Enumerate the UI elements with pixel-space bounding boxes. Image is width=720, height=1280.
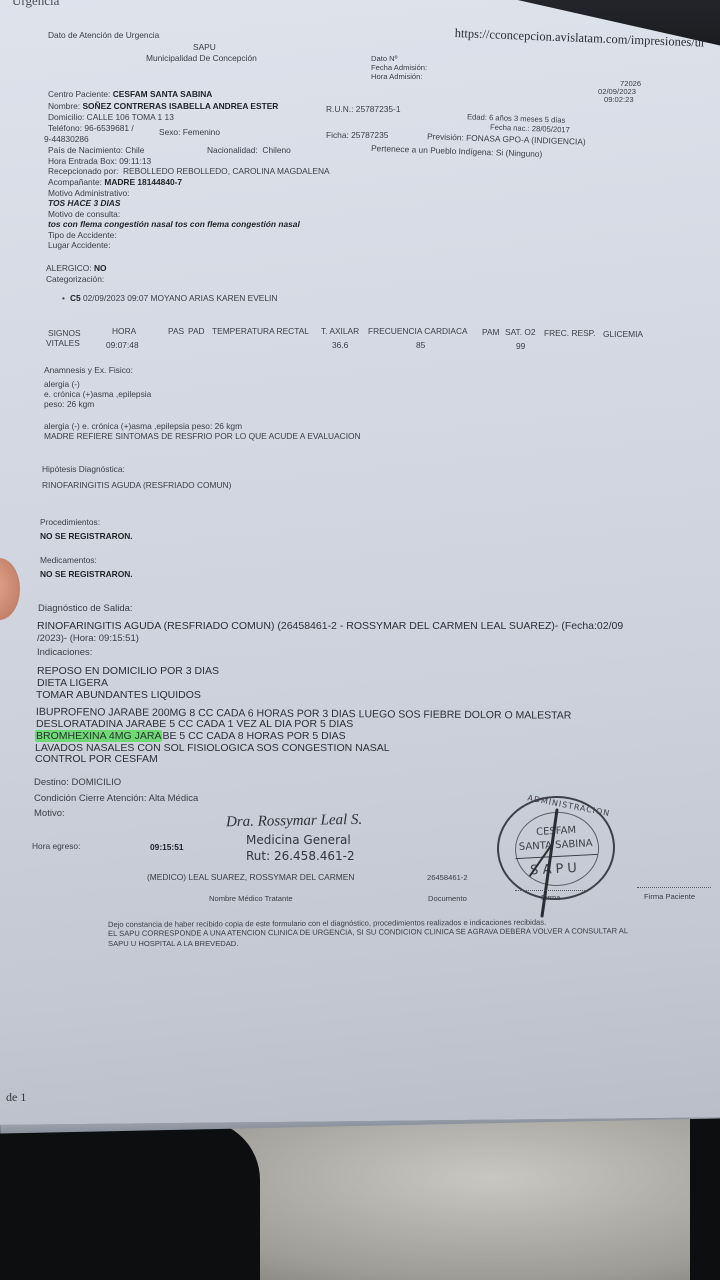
telefono: Teléfono: 96-6539681 / bbox=[48, 124, 134, 134]
ficha-value: 25787235 bbox=[351, 130, 388, 140]
background-sleeve-right bbox=[690, 1100, 720, 1280]
firma-label: Firma bbox=[541, 894, 560, 903]
hora-admision-label: Hora Admisión: bbox=[371, 73, 423, 82]
vitals-col-glicemia: GLICEMIA bbox=[603, 330, 643, 340]
recepcionado-por: Recepcionado por: REBOLLEDO REBOLLEDO, C… bbox=[48, 167, 330, 177]
telefono-value-2: 9-44830286 bbox=[44, 135, 89, 145]
condicion-value: Alta Médica bbox=[149, 793, 199, 804]
vitals-col-pam: PAM bbox=[482, 328, 500, 338]
indicacion-item: REPOSO EN DOMICILIO POR 3 DIAS bbox=[37, 665, 219, 677]
vitals-col-pad: PAD bbox=[188, 327, 205, 337]
documento-label: Documento bbox=[428, 895, 467, 904]
lugar-accidente-label: Lugar Accidente: bbox=[48, 241, 110, 251]
fecha-nac-value: 28/05/2017 bbox=[532, 124, 570, 134]
run-value: 25787235-1 bbox=[356, 104, 401, 114]
doctor-stamp-specialty: Medicina General bbox=[246, 834, 351, 848]
categorizacion-code: C5 bbox=[70, 293, 81, 303]
condicion-cierre: Condición Cierre Atención: Alta Médica bbox=[34, 794, 198, 805]
background-sleeve bbox=[0, 1120, 260, 1280]
hora-admision-value: 09:02:23 bbox=[604, 96, 634, 105]
vitals-sat-o2-value: 99 bbox=[516, 342, 525, 352]
firma-paciente-label: Firma Paciente bbox=[644, 893, 695, 902]
emergency-care-document: Urgencia https://cconcepcion.avislatam.c… bbox=[0, 0, 720, 1120]
indicaciones-label: Indicaciones: bbox=[37, 648, 92, 659]
anamnesis-label: Anamnesis y Ex. Fisico: bbox=[44, 366, 133, 376]
hora-egreso-label: Hora egreso: bbox=[32, 842, 80, 852]
doctor-stamp-name: Dra. Rossymar Leal S. bbox=[226, 812, 363, 832]
indicacion-item: CONTROL POR CESFAM bbox=[35, 753, 158, 765]
vitals-col-t-axilar: T. AXILAR bbox=[321, 327, 359, 337]
print-url: https://cconcepcion.avislatam.com/impres… bbox=[454, 26, 705, 50]
documento-value: 26458461-2 bbox=[427, 874, 468, 883]
page-count: de 1 bbox=[6, 1091, 26, 1105]
medico-label: Nombre Médico Tratante bbox=[209, 895, 293, 904]
domicilio: Domicilio: CALLE 106 TOMA 1 13 bbox=[48, 113, 174, 123]
medicamentos-value: NO SE REGISTRARON. bbox=[40, 570, 133, 580]
vitals-frec-cardiaca-value: 85 bbox=[416, 341, 425, 351]
nombre-value: SOÑEZ CONTRERAS ISABELLA ANDREA ESTER bbox=[82, 101, 278, 111]
org-municipality: Municipalidad De Concepción bbox=[146, 54, 257, 64]
destino: Destino: DOMICILIO bbox=[34, 778, 121, 789]
vitals-t-axilar-value: 36.6 bbox=[332, 341, 348, 351]
hora-box-value: 09:11:13 bbox=[119, 156, 151, 166]
firma-paciente-line bbox=[637, 887, 711, 888]
vitals-hora-value: 09:07:48 bbox=[106, 341, 139, 351]
footer-line-2: EL SAPU CORRESPONDE A UNA ATENCION CLINI… bbox=[108, 927, 628, 938]
pueblo-value: Si (Ninguno) bbox=[496, 147, 543, 159]
form-title: Dato de Atención de Urgencia bbox=[48, 31, 159, 41]
vitals-col-sat-o2: SAT. O2 bbox=[505, 328, 536, 338]
alergico-value: NO bbox=[94, 263, 107, 273]
categorizacion-label: Categorización: bbox=[46, 275, 104, 285]
indicacion-item: DIETA LIGERA bbox=[37, 677, 108, 689]
ficha: Ficha: 25787235 bbox=[326, 131, 388, 141]
highlighter-mark: BROMHEXINA 4MG JARA bbox=[35, 730, 162, 742]
salida-line-2: /2023)- (Hora: 09:15:51) bbox=[37, 634, 139, 645]
firma-line bbox=[515, 890, 585, 891]
hora-egreso-value: 09:15:51 bbox=[150, 843, 184, 853]
procedimientos-label: Procedimientos: bbox=[40, 518, 100, 528]
pais-nacimiento: País de Nacimiento: Chile bbox=[48, 146, 144, 156]
centro-paciente: Centro Paciente: CESFAM SANTA SABINA bbox=[48, 90, 212, 100]
centro-value: CESFAM SANTA SABINA bbox=[113, 89, 213, 99]
motivo-administrativo-value: TOS HACE 3 DIAS bbox=[48, 199, 120, 209]
motivo-consulta-value: tos con flema congestión nasal tos con f… bbox=[48, 220, 300, 230]
org-name: SAPU bbox=[193, 43, 216, 53]
indicacion-item: TOMAR ABUNDANTES LIQUIDOS bbox=[36, 689, 201, 701]
destino-value: DOMICILIO bbox=[72, 777, 122, 788]
acompanante-value: MADRE 18144840-7 bbox=[104, 177, 182, 187]
acompanante: Acompañante: MADRE 18144840-7 bbox=[48, 178, 182, 188]
alergico: ALERGICO: NO bbox=[46, 264, 107, 274]
indicacion-item: DESLORATADINA JARABE 5 CC CADA 1 VEZ AL … bbox=[36, 718, 353, 730]
anamnesis-line: peso: 26 kgm bbox=[44, 400, 94, 410]
vitals-col-pas: PAS bbox=[168, 327, 184, 337]
vitals-col-frec-resp: FREC. RESP. bbox=[544, 329, 596, 339]
procedimientos-value: NO SE REGISTRARON. bbox=[40, 532, 133, 542]
domicilio-value: CALLE 106 TOMA 1 13 bbox=[87, 112, 174, 122]
print-window-title: Urgencia bbox=[12, 0, 59, 9]
motivo-label: Motivo: bbox=[34, 809, 65, 820]
hipotesis-value: RINOFARINGITIS AGUDA (RESFRIADO COMUN) bbox=[42, 481, 231, 491]
medicamentos-label: Medicamentos: bbox=[40, 556, 97, 566]
anamnesis-note: MADRE REFIERE SINTOMAS DE RESFRIO POR LO… bbox=[44, 432, 361, 442]
vitals-col-frec-cardiaca: FRECUENCIA CARDIACA bbox=[368, 327, 468, 337]
vitals-col-temp-rectal: TEMPERATURA RECTAL bbox=[212, 327, 309, 337]
pais-value: Chile bbox=[125, 145, 144, 155]
footer-line-3: SAPU U HOSPITAL A LA BREVEDAD. bbox=[108, 940, 238, 949]
sexo-value: Femenino bbox=[183, 127, 220, 137]
nacionalidad-value: Chileno bbox=[262, 145, 290, 155]
indicacion-item-highlighted: BROMHEXINA 4MG JARABE 5 CC CADA 8 HORAS … bbox=[35, 730, 346, 742]
hipotesis-label: Hipótesis Diagnóstica: bbox=[42, 465, 125, 475]
nacionalidad: Nacionalidad: Chileno bbox=[207, 146, 291, 156]
categorizacion-value: 02/09/2023 09:07 MOYANO ARIAS KAREN EVEL… bbox=[83, 293, 277, 303]
sexo: Sexo: Femenino bbox=[159, 128, 220, 138]
vitals-col-hora: HORA bbox=[112, 327, 136, 337]
run: R.U.N.: 25787235-1 bbox=[326, 105, 401, 115]
medico-value: (MEDICO) LEAL SUAREZ, ROSSYMAR DEL CARME… bbox=[147, 873, 354, 883]
salida-label: Diagnóstico de Salida: bbox=[38, 604, 133, 615]
telefono-value-1: 96-6539681 / bbox=[84, 123, 133, 133]
doctor-stamp-rut: Rut: 26.458.461-2 bbox=[246, 850, 355, 864]
salida-line-1: RINOFARINGITIS AGUDA (RESFRIADO COMUN) (… bbox=[37, 620, 623, 632]
recepcionado-value: REBOLLEDO REBOLLEDO, CAROLINA MAGDALENA bbox=[123, 166, 330, 176]
nombre: Nombre: SOÑEZ CONTRERAS ISABELLA ANDREA … bbox=[48, 102, 278, 112]
vitals-label-2: VITALES bbox=[46, 339, 80, 349]
pueblo-indigena: Pertenece a un Pueblo Indígena: Si (Ning… bbox=[371, 144, 543, 160]
seal-center-1: CESFAM bbox=[536, 825, 576, 838]
categorizacion-item: C5 02/09/2023 09:07 MOYANO ARIAS KAREN E… bbox=[62, 294, 277, 304]
